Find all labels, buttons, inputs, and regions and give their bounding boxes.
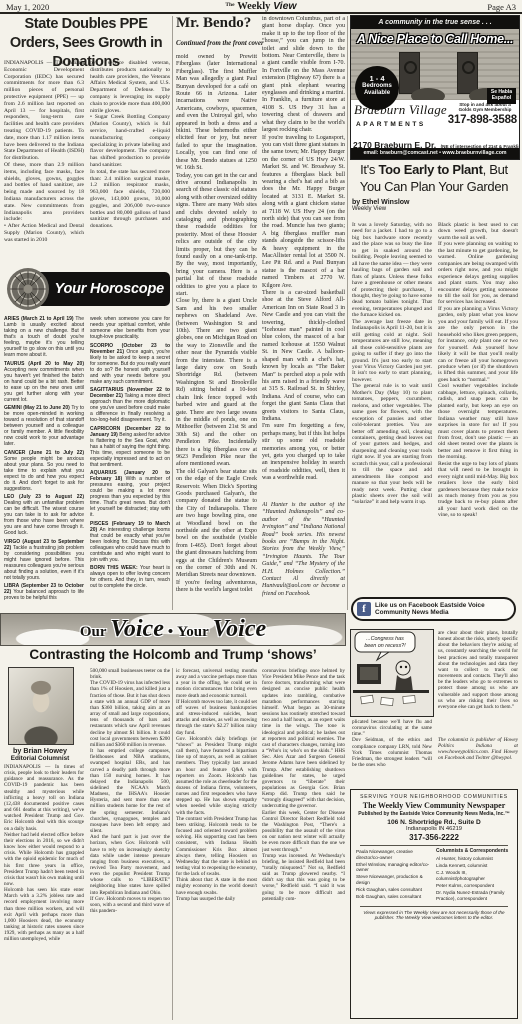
masthead-disclaimer: Views expressed in The Weekly View are n… — [354, 910, 514, 921]
masthead-tagline: SERVING YOUR NEIGHBORHOOD COMMUNITIES — [354, 794, 514, 800]
our-voice-banner-text: Our Voice • Your Voice — [1, 614, 345, 646]
garden-byline: by Ethel Winslow Weekly View — [352, 199, 410, 212]
ad-address-row: 2170 Braeburn E. Dr. (NE of intersection… — [351, 135, 519, 148]
editorial-byline-role: Editorial Columnist — [0, 755, 80, 762]
zodiac-wheel-icon — [6, 267, 50, 311]
newspaper-page: May 1, 2020 The Weekly View Page A3 Stat… — [0, 0, 522, 1024]
editorial-author-bio: The columnist is publisher of Howey Poli… — [438, 737, 518, 762]
column-rule — [347, 16, 348, 610]
masthead-publisher: Published by the Eastside Voice Communit… — [354, 811, 514, 817]
facebook-banner-text: Like us on Facebook Eastside Voice Commu… — [375, 602, 510, 616]
column-rule — [172, 668, 173, 1020]
bush-graphic — [411, 88, 445, 100]
garden-headline-post: , But — [483, 162, 508, 177]
editorial-column-1: INDIANAPOLIS — In times of crisis, peopl… — [4, 764, 84, 1020]
editorial-byline-author: by Brian Howey — [0, 746, 80, 755]
wreath-graphic — [404, 61, 417, 74]
garden-article-column-1: It was a lovely Saturday, with no need f… — [352, 222, 432, 593]
cartoon-graphic: ...Congress has been on recess?! — [351, 630, 431, 714]
garden-byline-author: by Ethel Winslow — [352, 199, 410, 206]
editorial-headline-bold: ‘shows’ — [267, 647, 317, 662]
masthead-box: SERVING YOUR NEIGHBORHOOD COMMUNITIES Th… — [350, 789, 518, 1019]
masthead-staff-right-list: Al Hunter, history columnistLinda Kennet… — [436, 856, 512, 901]
ad-phone-number[interactable]: 317-898-3588 — [448, 114, 517, 126]
masthead-address-line1: 106 N. Shortridge Rd., Suite D — [354, 819, 514, 826]
cartoon-bubble-line1: ...Congress has — [366, 636, 404, 642]
horoscope-banner: Your Horoscope — [6, 267, 170, 311]
page-number: Page A3 — [487, 2, 516, 12]
garden-headline-line2: You Can Plan Your Garden — [348, 178, 520, 195]
newspaper-title-weekly: Weekly — [237, 1, 270, 12]
facebook-icon: f — [357, 602, 371, 616]
bendo-author-bio: Al Hunter is the author of the “Haunted … — [262, 502, 345, 598]
ppe-article-column-2: by a service disabled veteran, distribut… — [90, 60, 170, 265]
editorial-column-6-text: are clear about their plans, brutally ho… — [438, 630, 518, 734]
ad-street-address: 2170 Braeburn E. Dr. — [353, 140, 436, 148]
facebook-like-banner[interactable]: f Like us on Facebook Eastside Voice Com… — [351, 597, 516, 621]
newspaper-title-view: View — [273, 0, 297, 12]
banner-word-voice1: Voice — [111, 616, 164, 642]
wreath-graphic — [462, 61, 475, 74]
badge-line: Available — [355, 90, 399, 97]
garden-article-column-2: Black plastic is best used to cut down w… — [438, 222, 518, 593]
banner-word-voice2: Voice — [213, 616, 266, 642]
column-rule — [172, 16, 173, 610]
masthead-staff-right: Columnists & Correspondents Al Hunter, h… — [434, 849, 514, 903]
brian-howey-photo — [8, 667, 74, 745]
banner-word-your: Your — [177, 624, 209, 640]
banner-dot: • — [168, 624, 173, 640]
editorial-headline: Contrasting the Holcomb and Trump ‘shows… — [0, 647, 346, 662]
newspaper-title-the: The — [225, 2, 234, 8]
garden-headline-line1: It's Too Early to Plant, But — [348, 161, 520, 178]
editorial-byline: by Brian Howey Editorial Columnist — [0, 746, 80, 762]
door-graphic — [399, 52, 420, 94]
bendo-article-headline: Mr. Bendo? — [176, 15, 251, 32]
masthead-staff-right-title: Columnists & Correspondents — [436, 849, 512, 855]
apartments-label: APARTMENTS — [356, 121, 426, 128]
masthead-divider — [360, 906, 508, 907]
masthead-phone[interactable]: 317-356-2222 — [354, 833, 514, 842]
garden-article-headline: It's Too Early to Plant, But You Can Pla… — [348, 161, 520, 195]
bedrooms-badge: 1 - 4 Bedrooms Available — [355, 66, 399, 110]
cartoon-bubble-line2: been on recess?! — [364, 643, 406, 649]
bendo-continued-note: Continued from the front cover — [176, 40, 264, 47]
masthead-staff-left: Paula Nicewanger, creative director/co-o… — [354, 849, 434, 903]
ad-contact-line[interactable]: email: braeburn@comcast.net • www.braebu… — [351, 148, 519, 159]
garden-headline-bold: Too Early to Plant — [378, 162, 482, 177]
gym-membership-note: Stop in and ask about a Golds Gym Member… — [454, 102, 516, 113]
badge-line: Bedrooms — [355, 83, 399, 90]
editorial-column-5: plicated because we'll have flu and coro… — [352, 719, 432, 783]
editorial-column-6: are clear about their plans, brutally ho… — [438, 630, 518, 786]
horoscope-column-2: week when someone you care for needs you… — [90, 316, 170, 610]
braeburn-apartments-ad[interactable]: A community in the true sense . . . A Ni… — [350, 15, 520, 160]
header-rule — [0, 12, 522, 14]
editorial-cartoon: ...Congress has been on recess?! — [350, 629, 434, 717]
ad-tagline: A community in the true sense . . . — [351, 16, 519, 29]
ppe-article-column-1: INDIANAPOLIS — The Indiana Economic Deve… — [4, 60, 84, 265]
newspaper-title: The Weekly View — [0, 0, 522, 12]
editorial-column-2: 500,000 small businesses teeter on the b… — [90, 668, 170, 1020]
masthead-staff-columns: Paula Nicewanger, creative director/co-o… — [354, 849, 514, 903]
banner-word-our: Our — [80, 624, 107, 640]
bendo-article-column-1: mold owned by Prewitt Fiberglass (later … — [176, 54, 257, 610]
editorial-headline-pre: Contrasting the Holcomb and Trump — [29, 647, 267, 662]
masthead-title: The Weekly View Community Newspaper — [354, 801, 514, 810]
door-graphic — [457, 52, 478, 94]
masthead-divider — [360, 845, 508, 846]
editorial-column-3: ic forecast, universal testing months aw… — [176, 668, 257, 1020]
ad-headline: A Nice Place to Call Home... — [351, 32, 519, 46]
bendo-article-column-2: in downtown Columbus, part of a giant ho… — [262, 16, 345, 610]
editorial-column-4: coronavirus briefings once helmed by Vic… — [262, 668, 345, 1020]
our-voice-banner: Our Voice • Your Voice — [0, 613, 346, 646]
se-habla-espanol-box: Se Habla Español — [487, 88, 516, 104]
garden-byline-source: Weekly View — [352, 206, 410, 212]
badge-line: 1 - 4 — [355, 74, 399, 83]
masthead-address-line2: Indianapolis IN 46219 — [354, 826, 514, 832]
garden-headline-pre: It's — [360, 162, 378, 177]
horoscope-column-1: ARIES (March 21 to April 19) The Lamb is… — [4, 316, 84, 610]
bendo-article-column-2-text: in downtown Columbus, part of a giant ho… — [262, 16, 345, 498]
